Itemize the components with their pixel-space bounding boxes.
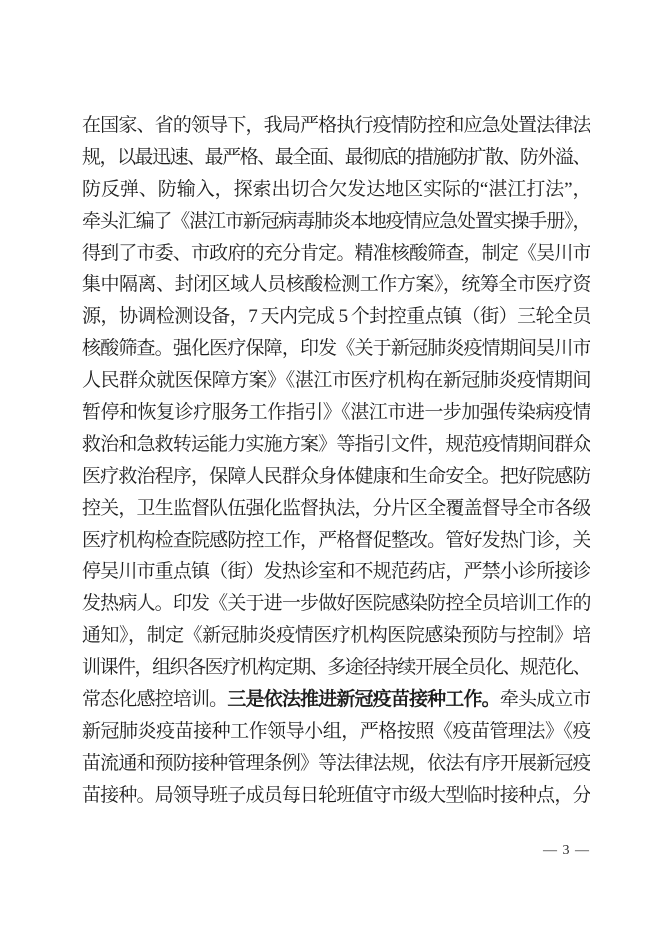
- text-segment: 苗接种。局领导班子成员每日轮班值守市级大型临时接种点，分: [82, 785, 590, 806]
- text-segment: 停吴川市重点镇（街）发热诊室和不规范药店，严禁小诊所接诊: [82, 561, 590, 582]
- text-line: 牵头汇编了《湛江市新冠病毒肺炎本地疫情应急处置实操手册》，: [82, 206, 590, 238]
- text-segment: 核酸筛查。强化医疗保障，印发《关于新冠肺炎疫情期间吴川市: [82, 338, 590, 359]
- text-line: 新冠肺炎疫苗接种工作领导小组，严格按照《疫苗管理法》《疫: [82, 716, 590, 748]
- text-segment: 新冠肺炎疫苗接种工作领导小组，严格按照《疫苗管理法》《疫: [82, 721, 590, 742]
- text-segment: 苗流通和预防接种管理条例》等法律法规，依法有序开展新冠疫: [82, 753, 590, 774]
- document-page: 在国家、省的领导下，我局严格执行疫情防控和应急处置法律法规，以最迅速、最严格、最…: [0, 0, 670, 943]
- text-segment: 控关，卫生监督队伍强化监督执法，分片区全覆盖督导全市各级: [82, 498, 590, 519]
- text-segment: 训课件，组织各医疗机构定期、多途径持续开展全员化、规范化、: [82, 657, 590, 678]
- text-line: 通知》，制定《新冠肺炎疫情医疗机构医院感染预防与控制》培: [82, 620, 590, 652]
- text-segment: 集中隔离、封闭区域人员核酸检测工作方案》，统筹全市医疗资: [82, 274, 590, 295]
- text-line: 苗流通和预防接种管理条例》等法律法规，依法有序开展新冠疫: [82, 748, 590, 780]
- text-line: 核酸筛查。强化医疗保障，印发《关于新冠肺炎疫情期间吴川市: [82, 333, 590, 365]
- bold-phrase: 三是依法推进新冠疫苗接种工作。: [227, 689, 499, 710]
- text-segment: 牵头汇编了《湛江市新冠病毒肺炎本地疫情应急处置实操手册》，: [82, 211, 590, 232]
- text-line: 救治和急救转运能力实施方案》等指引文件，规范疫情期间群众: [82, 429, 590, 461]
- text-line: 防反弹、防输入，探索出切合欠发达地区实际的“湛江打法”，: [82, 174, 590, 206]
- text-segment: 得到了市委、市政府的充分肯定。精准核酸筛查，制定《吴川市: [82, 243, 590, 264]
- text-line: 控关，卫生监督队伍强化监督执法，分片区全覆盖督导全市各级: [82, 493, 590, 525]
- text-line: 规，以最迅速、最严格、最全面、最彻底的措施防扩散、防外溢、: [82, 142, 590, 174]
- text-line: 在国家、省的领导下，我局严格执行疫情防控和应急处置法律法: [82, 110, 590, 142]
- text-segment: 牵头成立市: [500, 689, 590, 710]
- text-segment: 防反弹、防输入，探索出切合欠发达地区实际的“湛江打法”，: [82, 179, 590, 200]
- text-segment: 常态化感控培训。: [82, 689, 227, 710]
- text-segment: 医疗救治程序，保障人民群众身体健康和生命安全。把好院感防: [82, 466, 590, 487]
- text-line: 医疗救治程序，保障人民群众身体健康和生命安全。把好院感防: [82, 461, 590, 493]
- text-line: 得到了市委、市政府的充分肯定。精准核酸筛查，制定《吴川市: [82, 238, 590, 270]
- text-segment: 发热病人。印发《关于进一步做好医院感染防控全员培训工作的: [82, 593, 590, 614]
- text-line: 暂停和恢复诊疗服务工作指引》《湛江市进一步加强传染病疫情: [82, 397, 590, 429]
- text-segment: 通知》，制定《新冠肺炎疫情医疗机构医院感染预防与控制》培: [82, 625, 590, 646]
- text-segment: 在国家、省的领导下，我局严格执行疫情防控和应急处置法律法: [82, 115, 590, 136]
- text-line: 苗接种。局领导班子成员每日轮班值守市级大型临时接种点，分: [82, 780, 590, 812]
- text-line: 发热病人。印发《关于进一步做好医院感染防控全员培训工作的: [82, 588, 590, 620]
- page-number: — 3 —: [543, 842, 590, 860]
- document-body: 在国家、省的领导下，我局严格执行疫情防控和应急处置法律法规，以最迅速、最严格、最…: [82, 110, 590, 812]
- text-line: 停吴川市重点镇（街）发热诊室和不规范药店，严禁小诊所接诊: [82, 556, 590, 588]
- text-segment: 医疗机构检查院感防控工作，严格督促整改。管好发热门诊，关: [82, 530, 590, 551]
- text-segment: 源，协调检测设备，7 天内完成 5 个封控重点镇（街）三轮全员: [82, 306, 590, 327]
- text-segment: 规，以最迅速、最严格、最全面、最彻底的措施防扩散、防外溢、: [82, 147, 590, 168]
- text-line: 医疗机构检查院感防控工作，严格督促整改。管好发热门诊，关: [82, 525, 590, 557]
- text-line: 源，协调检测设备，7 天内完成 5 个封控重点镇（街）三轮全员: [82, 301, 590, 333]
- text-line: 人民群众就医保障方案》《湛江市医疗机构在新冠肺炎疫情期间: [82, 365, 590, 397]
- text-segment: 救治和急救转运能力实施方案》等指引文件，规范疫情期间群众: [82, 434, 590, 455]
- text-line: 常态化感控培训。三是依法推进新冠疫苗接种工作。牵头成立市: [82, 684, 590, 716]
- text-segment: 人民群众就医保障方案》《湛江市医疗机构在新冠肺炎疫情期间: [82, 370, 590, 391]
- text-line: 训课件，组织各医疗机构定期、多途径持续开展全员化、规范化、: [82, 652, 590, 684]
- text-line: 集中隔离、封闭区域人员核酸检测工作方案》，统筹全市医疗资: [82, 269, 590, 301]
- text-segment: 暂停和恢复诊疗服务工作指引》《湛江市进一步加强传染病疫情: [82, 402, 590, 423]
